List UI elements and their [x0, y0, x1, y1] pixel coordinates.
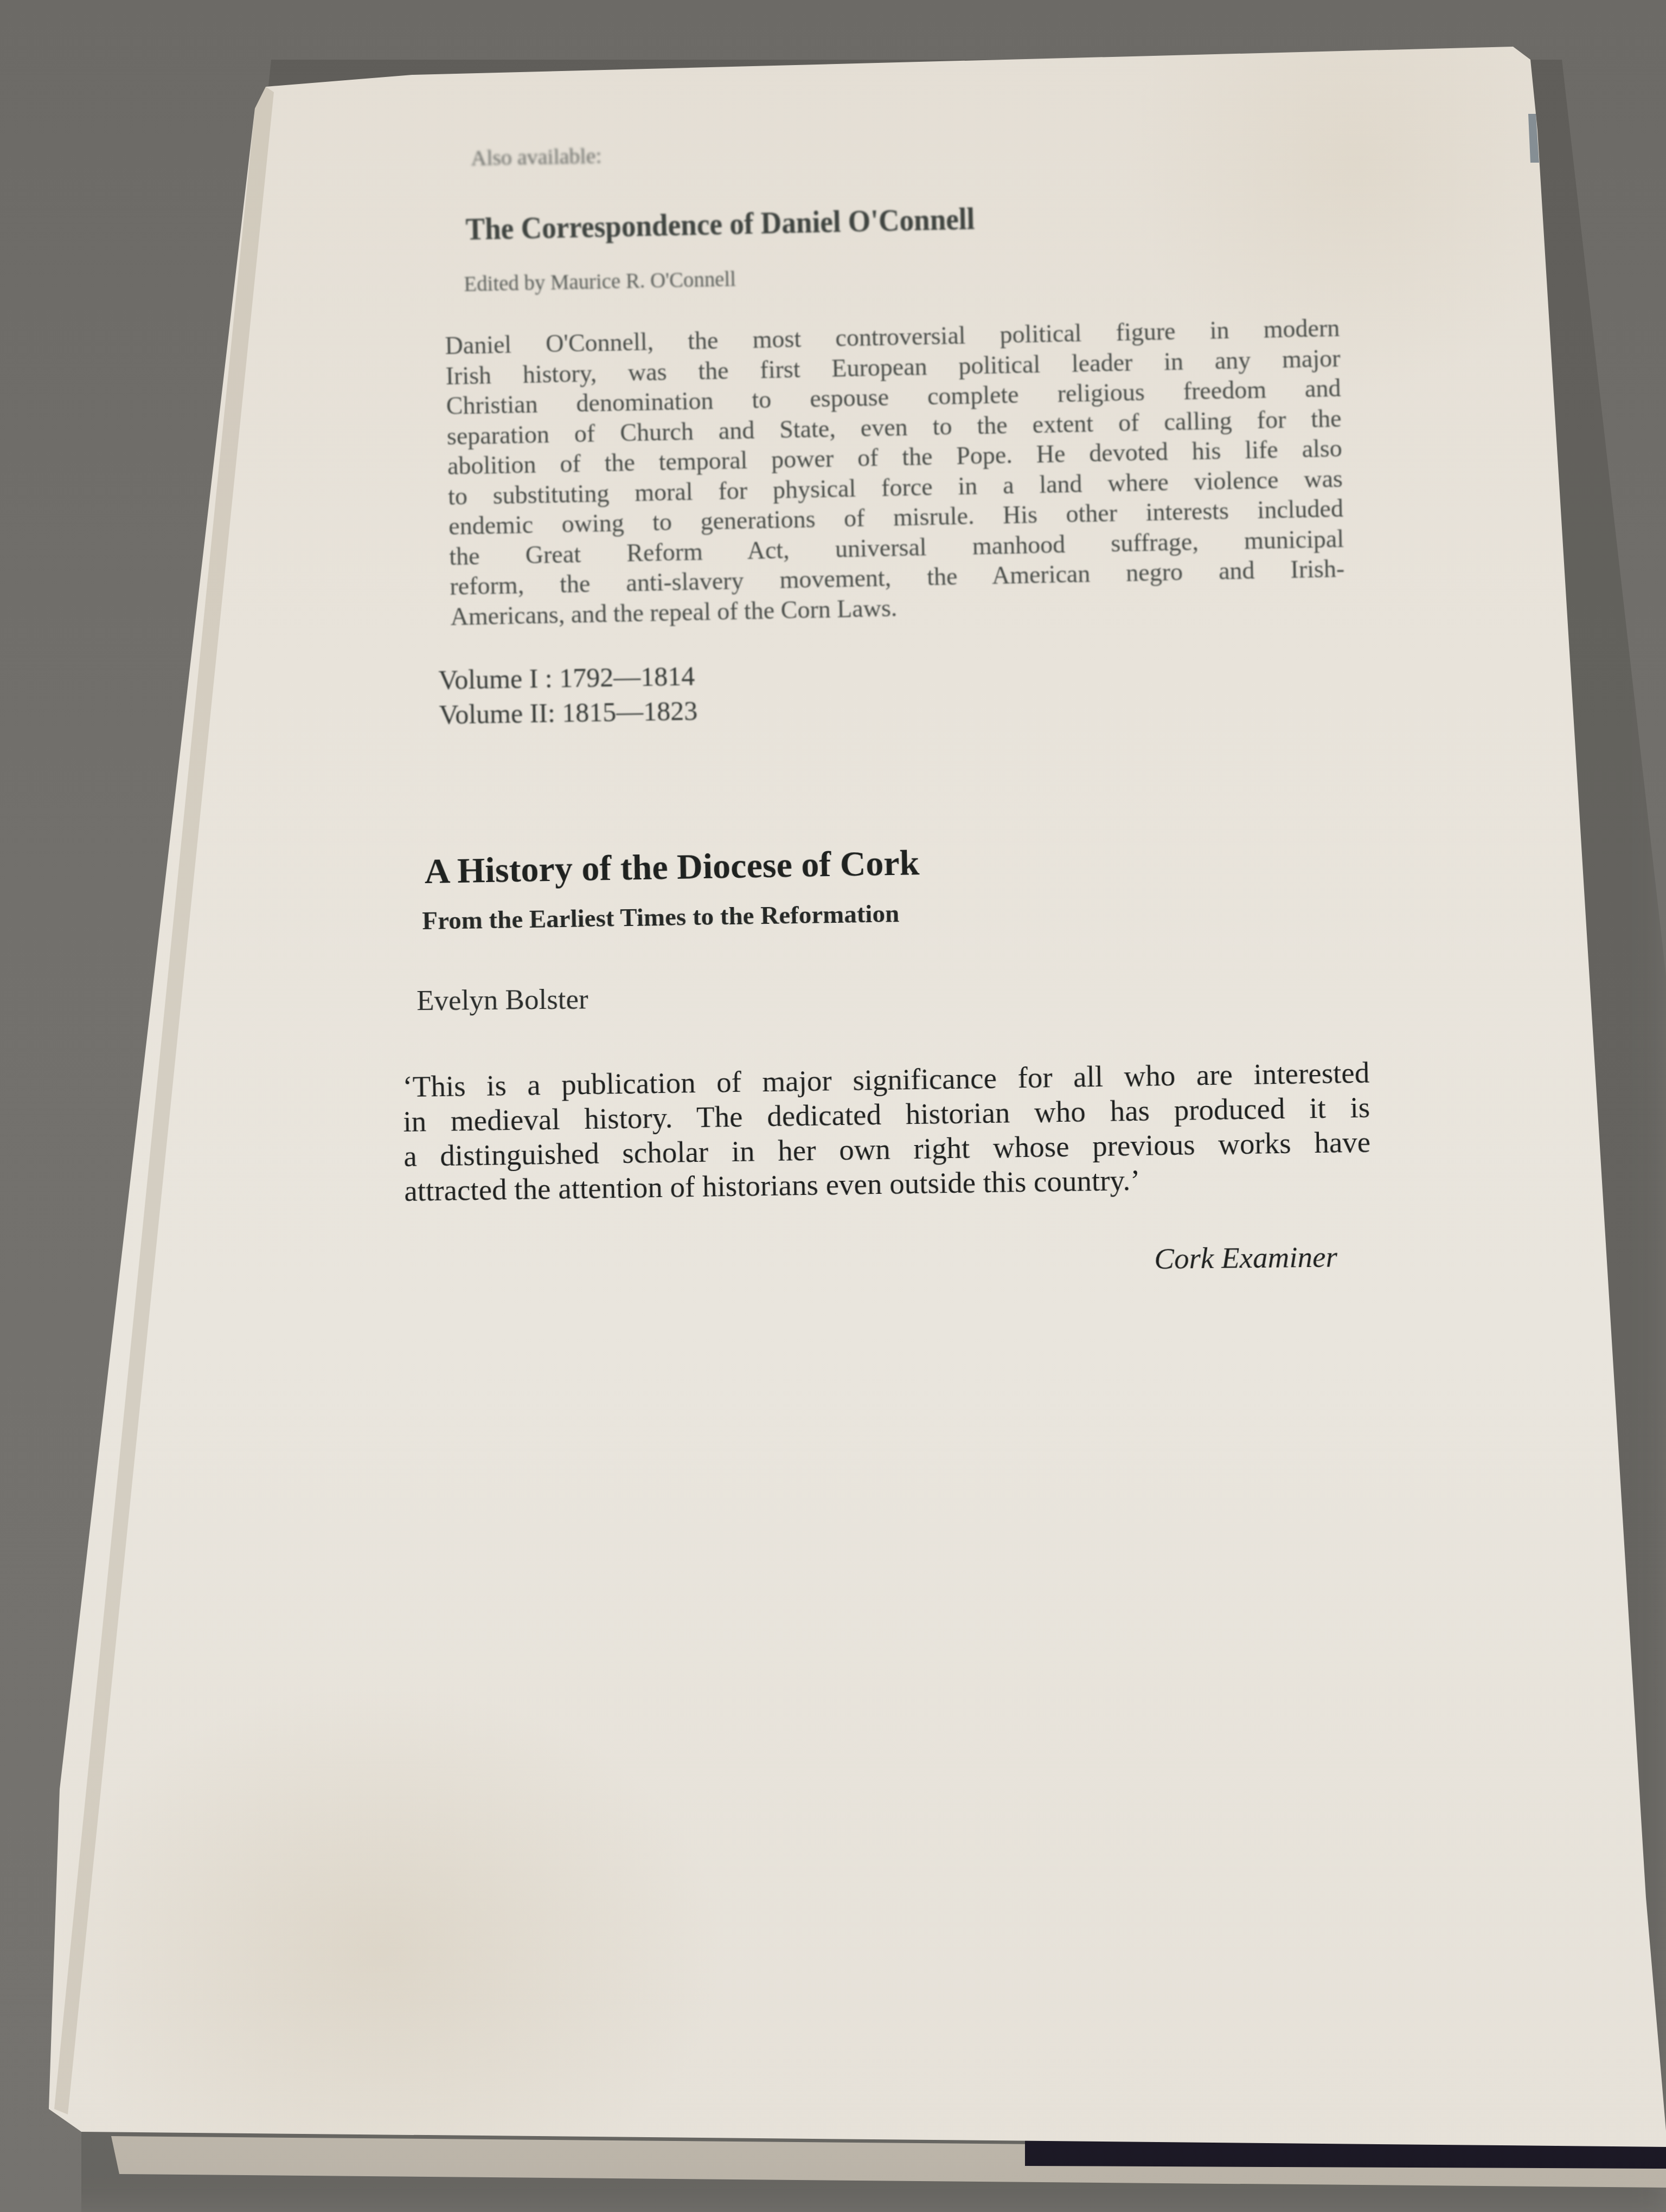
- volume-list: Volume I : 1792—1814 Volume II: 1815—182…: [438, 659, 698, 732]
- correspondence-description: Daniel O'Connell, the most controversial…: [445, 313, 1345, 632]
- also-available-label: Also available:: [471, 143, 602, 171]
- correspondence-editor: Edited by Maurice R. O'Connell: [464, 266, 736, 297]
- review-quote: ‘This is a publication of major signific…: [402, 1056, 1372, 1208]
- featured-book-author: Evelyn Bolster: [416, 983, 588, 1017]
- featured-book-title: A History of the Diocese of Cork: [424, 843, 920, 892]
- review-source: Cork Examiner: [1154, 1239, 1337, 1276]
- photo-scene: Also available: The Correspondence of Da…: [0, 0, 1666, 2212]
- volume-item: Volume II: 1815—1823: [439, 693, 698, 732]
- volume-item: Volume I : 1792—1814: [438, 659, 697, 697]
